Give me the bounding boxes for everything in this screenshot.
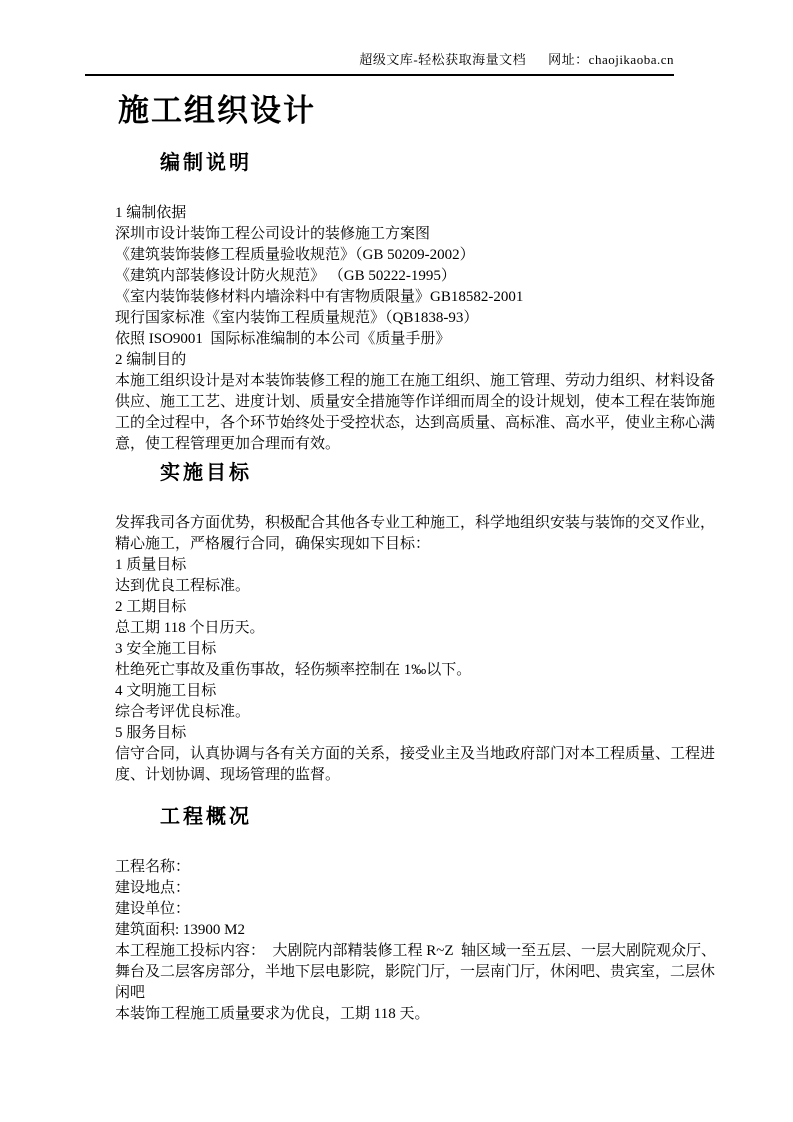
text-line: 供应、施工工艺、进度计划、质量安全措施等作详细而周全的设计规划，使本工程在装饰施 xyxy=(115,392,681,413)
text-line: 3 安全施工目标 xyxy=(115,639,681,660)
document-page: 超级文库-轻松获取海量文档网址：chaojikaoba.cn 施工组织设计 编制… xyxy=(0,0,793,1122)
text-line: 现行国家标准《室内装饰工程质量规范》（QB1838-93） xyxy=(115,308,681,329)
text-line: 《室内装饰装修材料内墙涂料中有害物质限量》GB18582-2001 xyxy=(115,287,681,308)
text-line: 建设地点： xyxy=(115,878,681,899)
section-compilation-notes: 编制说明 1 编制依据深圳市设计装饰工程公司设计的装修施工方案图《建筑装饰装修工… xyxy=(115,152,681,455)
text-line: 《建筑内部装修设计防火规范》 （GB 50222-1995） xyxy=(115,266,681,287)
section-body: 工程名称：建设地点：建设单位：建筑面积: 13900 M2本工程施工投标内容： … xyxy=(115,857,681,1025)
text-line: 综合考评优良标准。 xyxy=(115,702,681,723)
section-heading: 实施目标 xyxy=(160,462,681,485)
text-line: 信守合同，认真协调与各有关方面的关系，接受业主及当地政府部门对本工程质量、工程进 xyxy=(115,744,681,765)
text-line: 建筑面积: 13900 M2 xyxy=(115,920,681,941)
text-line: 本施工组织设计是对本装饰装修工程的施工在施工组织、施工管理、劳动力组织、材料设备 xyxy=(115,371,681,392)
text-line: 1 质量目标 xyxy=(115,555,681,576)
text-line: 《建筑装饰装修工程质量验收规范》（GB 50209-2002） xyxy=(115,245,681,266)
text-line: 深圳市设计装饰工程公司设计的装修施工方案图 xyxy=(115,224,681,245)
text-line: 闲吧 xyxy=(115,983,681,1004)
text-line: 工程名称： xyxy=(115,857,681,878)
text-line: 舞台及二层客房部分，半地下层电影院，影院门厅，一层南门厅，休闲吧、贵宾室，二层休 xyxy=(115,962,681,983)
text-line: 1 编制依据 xyxy=(115,203,681,224)
text-line: 4 文明施工目标 xyxy=(115,681,681,702)
text-line: 依照 ISO9001 国际标准编制的本公司《质量手册》 xyxy=(115,329,681,350)
section-heading: 编制说明 xyxy=(160,152,681,175)
text-line: 2 编制目的 xyxy=(115,350,681,371)
section-heading: 工程概况 xyxy=(160,806,681,829)
document-content: 施工组织设计 编制说明 1 编制依据深圳市设计装饰工程公司设计的装修施工方案图《… xyxy=(115,0,681,1025)
text-line: 总工期 118 个日历天。 xyxy=(115,618,681,639)
section-project-overview: 工程概况 工程名称：建设地点：建设单位：建筑面积: 13900 M2本工程施工投… xyxy=(115,806,681,1025)
text-line: 杜绝死亡事故及重伤事故，轻伤频率控制在 1‰以下。 xyxy=(115,660,681,681)
text-line: 度、计划协调、现场管理的监督。 xyxy=(115,765,681,786)
text-line: 精心施工，严格履行合同，确保实现如下目标： xyxy=(115,534,681,555)
section-body: 1 编制依据深圳市设计装饰工程公司设计的装修施工方案图《建筑装饰装修工程质量验收… xyxy=(115,203,681,455)
text-line: 5 服务目标 xyxy=(115,723,681,744)
section-body: 发挥我司各方面优势，积极配合其他各专业工种施工，科学地组织安装与装饰的交叉作业，… xyxy=(115,513,681,786)
section-implementation-goals: 实施目标 发挥我司各方面优势，积极配合其他各专业工种施工，科学地组织安装与装饰的… xyxy=(115,462,681,786)
document-title: 施工组织设计 xyxy=(118,92,681,130)
text-line: 建设单位： xyxy=(115,899,681,920)
text-line: 达到优良工程标准。 xyxy=(115,576,681,597)
text-line: 本装饰工程施工质量要求为优良，工期 118 天。 xyxy=(115,1004,681,1025)
text-line: 工的全过程中，各个环节始终处于受控状态，达到高质量、高标准、高水平，使业主称心满 xyxy=(115,413,681,434)
text-line: 意，使工程管理更加合理而有效。 xyxy=(115,434,681,455)
text-line: 本工程施工投标内容： 大剧院内部精装修工程 R~Z 轴区域一至五层、一层大剧院观… xyxy=(115,941,681,962)
text-line: 2 工期目标 xyxy=(115,597,681,618)
text-line: 发挥我司各方面优势，积极配合其他各专业工种施工，科学地组织安装与装饰的交叉作业， xyxy=(115,513,681,534)
